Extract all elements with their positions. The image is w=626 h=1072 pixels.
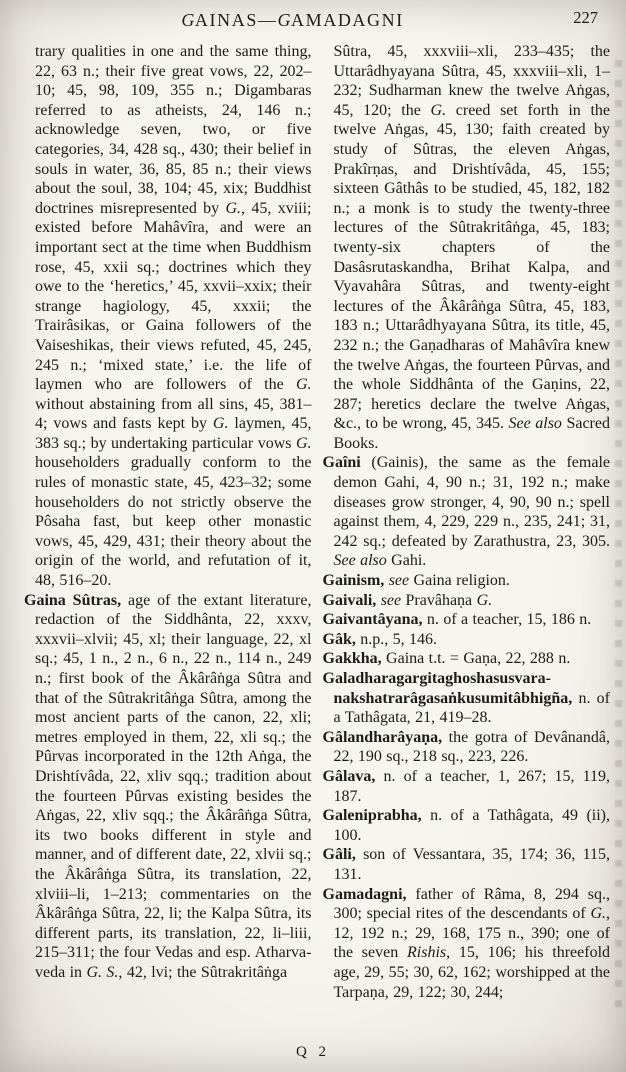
index-entry: Gâk, n.p., 5, 146. (323, 630, 611, 650)
entry-headword: Gaina Sûtras, (24, 592, 121, 609)
entry-headword: Gamadagni, (323, 886, 407, 903)
index-entry: Gainism, see Gaina religion. (323, 571, 611, 591)
right-column: Sûtra, 45, xxxviii–xli, 233–435; the Utt… (323, 42, 611, 1002)
scan-page: GAINAS—GAMADAGNI 227 trary qualities in … (0, 0, 626, 1072)
index-entry: Gaivantâyana, n. of a teacher, 15, 186 n… (323, 610, 611, 630)
index-entry: Galeniprabha, n. of a Tathâgata, 49 (ii)… (323, 806, 611, 845)
index-entry: Gaivali, see Pravâhaṇa G. (323, 591, 611, 611)
index-entry: Gakkha, Gaina t.t. = Gaṇa, 22, 288 n. (323, 649, 611, 669)
index-entry: Galadharagargitaghoshasusvara­nakshatrar… (323, 669, 611, 728)
index-entry: Gâlava, n. of a teacher, 1, 267; 15, 119… (323, 767, 611, 806)
running-header: GAINAS—GAMADAGNI 227 (24, 8, 608, 34)
index-entry: Gâli, son of Vessantara, 35, 174; 36, 11… (323, 845, 611, 884)
index-entry: Gamadagni, father of Râma, 8, 294 sq., 3… (323, 885, 611, 1003)
left-column: trary qualities in one and the same thin… (24, 42, 312, 1002)
index-entry: Gaîni (Gainis), the same as the female d… (323, 453, 611, 571)
entry-headword: Galeniprabha, (323, 807, 422, 824)
entry-headword: Galadharagargitaghoshasusvara­nakshatrar… (323, 670, 573, 707)
entry-headword: Gaivali, (323, 592, 377, 609)
page-number: 227 (573, 8, 598, 28)
index-entry-continuation: Sûtra, 45, xxxviii–xli, 233–435; the Utt… (323, 42, 611, 453)
index-columns: trary qualities in one and the same thin… (24, 42, 610, 1002)
page-title: GAINAS—GAMADAGNI (181, 10, 403, 31)
entry-headword: Gâli, (323, 846, 356, 863)
signature-mark: Q 2 (0, 1044, 626, 1064)
entry-headword: Gakkha, (323, 650, 382, 667)
entry-headword: Gâlandharâyaṇa, (323, 729, 443, 746)
entry-headword: Gainism, (323, 572, 385, 589)
scan-edge-artifacts (615, 60, 622, 1012)
entry-headword: Gaivantâyana, (323, 611, 423, 628)
index-entry: Gaina Sûtras, age of the extant literatu… (24, 591, 312, 983)
entry-headword: Gâlava, (323, 768, 376, 785)
index-entry-continuation: trary qualities in one and the same thin… (24, 42, 312, 591)
entry-headword: Gâk, (323, 631, 356, 648)
index-entry: Gâlandharâyaṇa, the gotra of Devânandâ, … (323, 728, 611, 767)
entry-headword: Gaîni (323, 454, 361, 471)
